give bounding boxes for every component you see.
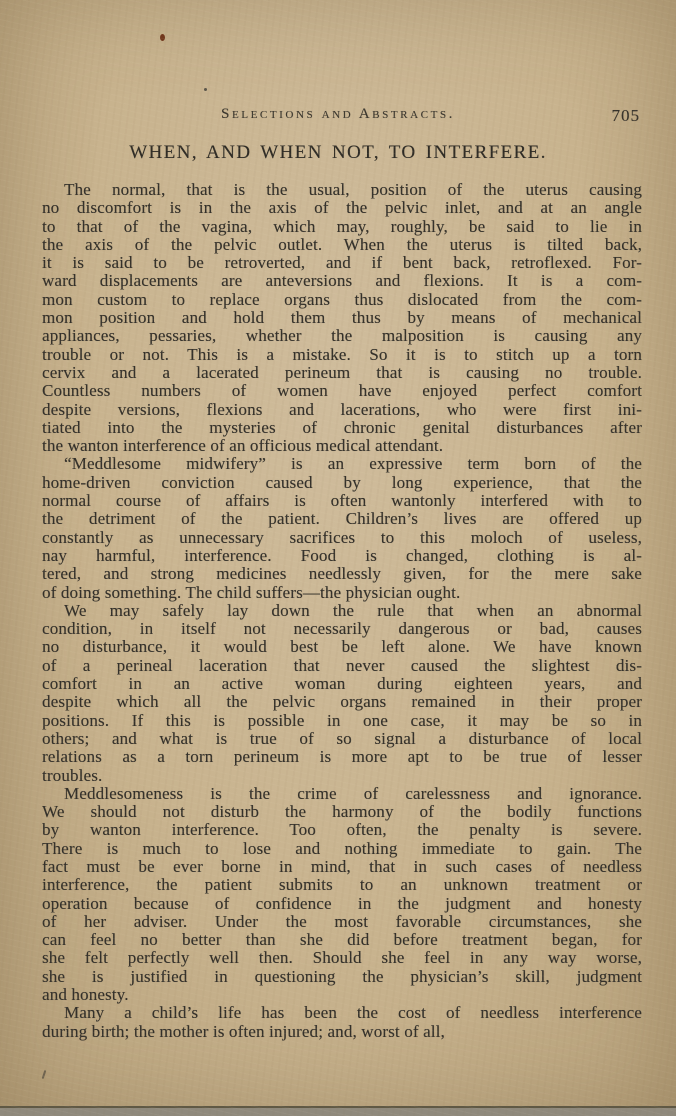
text-line: no discomfort is in the axis of the pelv… xyxy=(42,199,642,217)
text-line: despite versions, flexions and laceratio… xyxy=(42,401,642,419)
text-line: positions. If this is possible in one ca… xyxy=(42,712,642,730)
paper-speck xyxy=(204,88,207,91)
text-line: constantly as unnecessary sacrifices to … xyxy=(42,529,642,547)
page-number: 705 xyxy=(612,106,641,126)
article-body: The normal, that is the usual, position … xyxy=(42,181,642,1041)
scan-edge-strip xyxy=(0,1106,676,1116)
paragraph: We may safely lay down the rule that whe… xyxy=(42,602,642,785)
text-line: it is said to be retroverted, and if ben… xyxy=(42,254,642,272)
paper-speck xyxy=(42,1070,47,1079)
text-line: fact must be ever borne in mind, that in… xyxy=(42,858,642,876)
text-line: others; and what is true of so signal a … xyxy=(42,730,642,748)
paper-speck xyxy=(160,34,165,41)
paragraph: “Meddlesome midwifery” is an expressive … xyxy=(42,455,642,601)
text-line: We should not disturb the harmony of the… xyxy=(42,803,642,821)
text-line: of doing something. The child suffers—th… xyxy=(42,584,642,602)
text-line: trouble or not. This is a mistake. So it… xyxy=(42,346,642,364)
text-line: during birth; the mother is often injure… xyxy=(42,1023,642,1041)
text-line: to that of the vagina, which may, roughl… xyxy=(42,218,642,236)
text-line: she is justified in questioning the phys… xyxy=(42,968,642,986)
paragraph: The normal, that is the usual, position … xyxy=(42,181,642,455)
text-line: she felt perfectly well then. Should she… xyxy=(42,949,642,967)
article-title: WHEN, AND WHEN NOT, TO INTERFERE. xyxy=(0,142,676,164)
text-line: condition, in itself not necessarily dan… xyxy=(42,620,642,638)
text-line: “Meddlesome midwifery” is an expressive … xyxy=(42,455,642,473)
text-line: of her adviser. Under the most favorable… xyxy=(42,913,642,931)
text-line: home-driven conviction caused by long ex… xyxy=(42,474,642,492)
text-line: interference, the patient submits to an … xyxy=(42,876,642,894)
text-line: can feel no better than she did before t… xyxy=(42,931,642,949)
text-line: ward displacements are anteversions and … xyxy=(42,272,642,290)
text-line: nay harmful, interference. Food is chang… xyxy=(42,547,642,565)
text-line: the axis of the pelvic outlet. When the … xyxy=(42,236,642,254)
text-line: appliances, pessaries, whether the malpo… xyxy=(42,327,642,345)
text-line: comfort in an active woman during eighte… xyxy=(42,675,642,693)
paragraph: Many a child’s life has been the cost of… xyxy=(42,1004,642,1041)
text-line: the wanton interference of an officious … xyxy=(42,437,642,455)
running-head: Selections and Abstracts. 705 xyxy=(0,106,676,128)
text-line: of a perineal laceration that never caus… xyxy=(42,657,642,675)
scanned-journal-page: Selections and Abstracts. 705 WHEN, AND … xyxy=(0,0,676,1116)
text-line: the detriment of the patient. Children’s… xyxy=(42,510,642,528)
text-line: mon position and hold them thus by means… xyxy=(42,309,642,327)
text-line: tered, and strong medicines needlessly g… xyxy=(42,565,642,583)
text-line: mon custom to replace organs thus disloc… xyxy=(42,291,642,309)
text-line: cervix and a lacerated perineum that is … xyxy=(42,364,642,382)
text-line: We may safely lay down the rule that whe… xyxy=(42,602,642,620)
text-line: operation because of confidence in the j… xyxy=(42,895,642,913)
paragraph: Meddlesomeness is the crime of carelessn… xyxy=(42,785,642,1005)
text-line: by wanton interference. Too often, the p… xyxy=(42,821,642,839)
text-line: tiated into the mysteries of chronic gen… xyxy=(42,419,642,437)
text-line: no disturbance, it would best be left al… xyxy=(42,638,642,656)
running-title: Selections and Abstracts. xyxy=(0,106,676,123)
text-line: and honesty. xyxy=(42,986,642,1004)
text-line: The normal, that is the usual, position … xyxy=(42,181,642,199)
text-line: despite which all the pelvic organs rema… xyxy=(42,693,642,711)
text-line: troubles. xyxy=(42,767,642,785)
text-line: relations as a torn perineum is more apt… xyxy=(42,748,642,766)
text-line: Meddlesomeness is the crime of carelessn… xyxy=(42,785,642,803)
text-line: There is much to lose and nothing immedi… xyxy=(42,840,642,858)
text-line: normal course of affairs is often wanton… xyxy=(42,492,642,510)
text-line: Many a child’s life has been the cost of… xyxy=(42,1004,642,1022)
text-line: Countless numbers of women have enjoyed … xyxy=(42,382,642,400)
